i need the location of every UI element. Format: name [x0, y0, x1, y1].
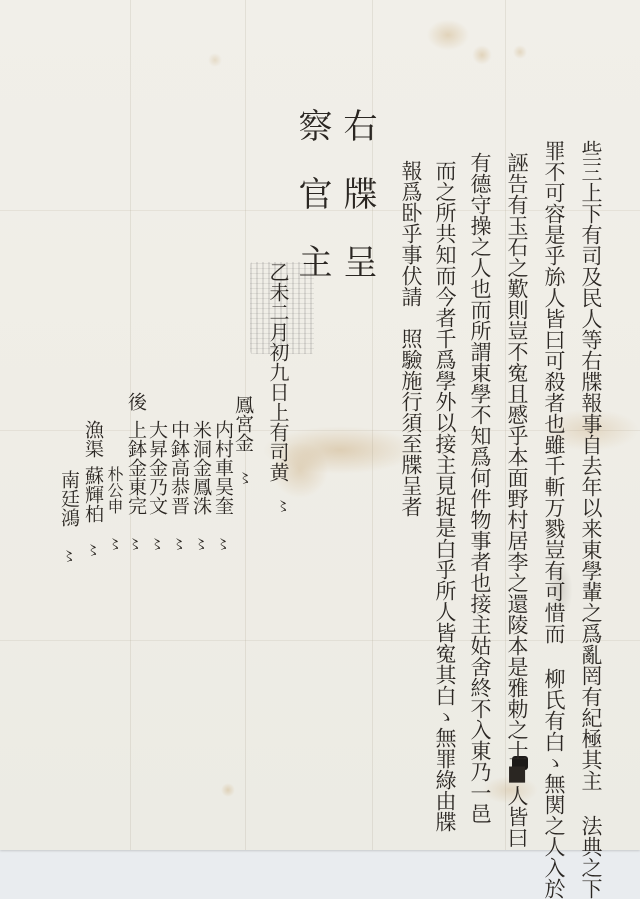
after-label: 後 [125, 392, 147, 411]
signatory-mark: 〻 [238, 468, 252, 488]
signatory-3: 米洞金鳳洙 [190, 420, 212, 515]
signatory-mark: 〻 [216, 534, 230, 554]
body-column-4: 有德守操之人也而所謂東學不知爲何件物事者也接主姑舍終不入東乃一邑 [467, 152, 493, 824]
signatory-mark: 〻 [128, 534, 142, 554]
signatory-mark: 〻 [86, 540, 100, 560]
signatory-mark: 〻 [150, 534, 164, 554]
signatory-4: 中鉢高恭晋 [168, 420, 190, 515]
signatory-7: 朴公申 [104, 466, 124, 514]
signatory-5: 大昇金乃文 [146, 420, 168, 515]
place-label: 漁渠 [82, 420, 104, 458]
body-column-5: 而之所共知而今者千爲學外以接主見捉是白乎所人皆寃其白ゝ無罪綠由牒 [432, 160, 458, 832]
body-column-1: 些三上下有司及民人等右牒報事自去年以来東學輩之爲亂罔有紀極其主 法典之下 [578, 140, 604, 855]
signatory-mark: 〻 [108, 534, 122, 554]
signatory-mark: 〻 [62, 546, 76, 566]
signatory-1: 鳳宮金 [232, 395, 254, 452]
document-paper: 些三上下有司及民人等右牒報事自去年以来東學輩之爲亂罔有紀極其主 法典之下 罪不可… [0, 0, 640, 850]
signature-mark: 〻 [276, 496, 290, 516]
signatory-8: 蘇輝柏 [82, 466, 104, 523]
body-column-2: 罪不可容是乎旀人皆曰可殺者也雖千斬万戮豈有可惜而 柳氏有白ゝ無関之人入於 [541, 140, 567, 855]
signatory-mark: 〻 [194, 534, 208, 554]
signatory-2: 内村車昊奎 [212, 420, 234, 515]
addressee-line-2: 察官主 [292, 108, 332, 312]
body-column-3: 誣告有玉石之歎則豈不寃且慼乎本面野村居李之還陵本是雅勅之士■人皆曰 [504, 152, 530, 848]
addressee-line-1: 右牒呈 [337, 108, 377, 312]
body-column-6: 報爲卧乎事伏請 照驗施行須至牒呈者 [398, 160, 424, 517]
signatory-6: 上鉢金東完 [125, 420, 147, 515]
signatory-mark: 〻 [172, 534, 186, 554]
date-line: 乙未二月初九日上有司黄 [266, 262, 290, 482]
signatory-9: 南廷鴻 [58, 470, 80, 527]
